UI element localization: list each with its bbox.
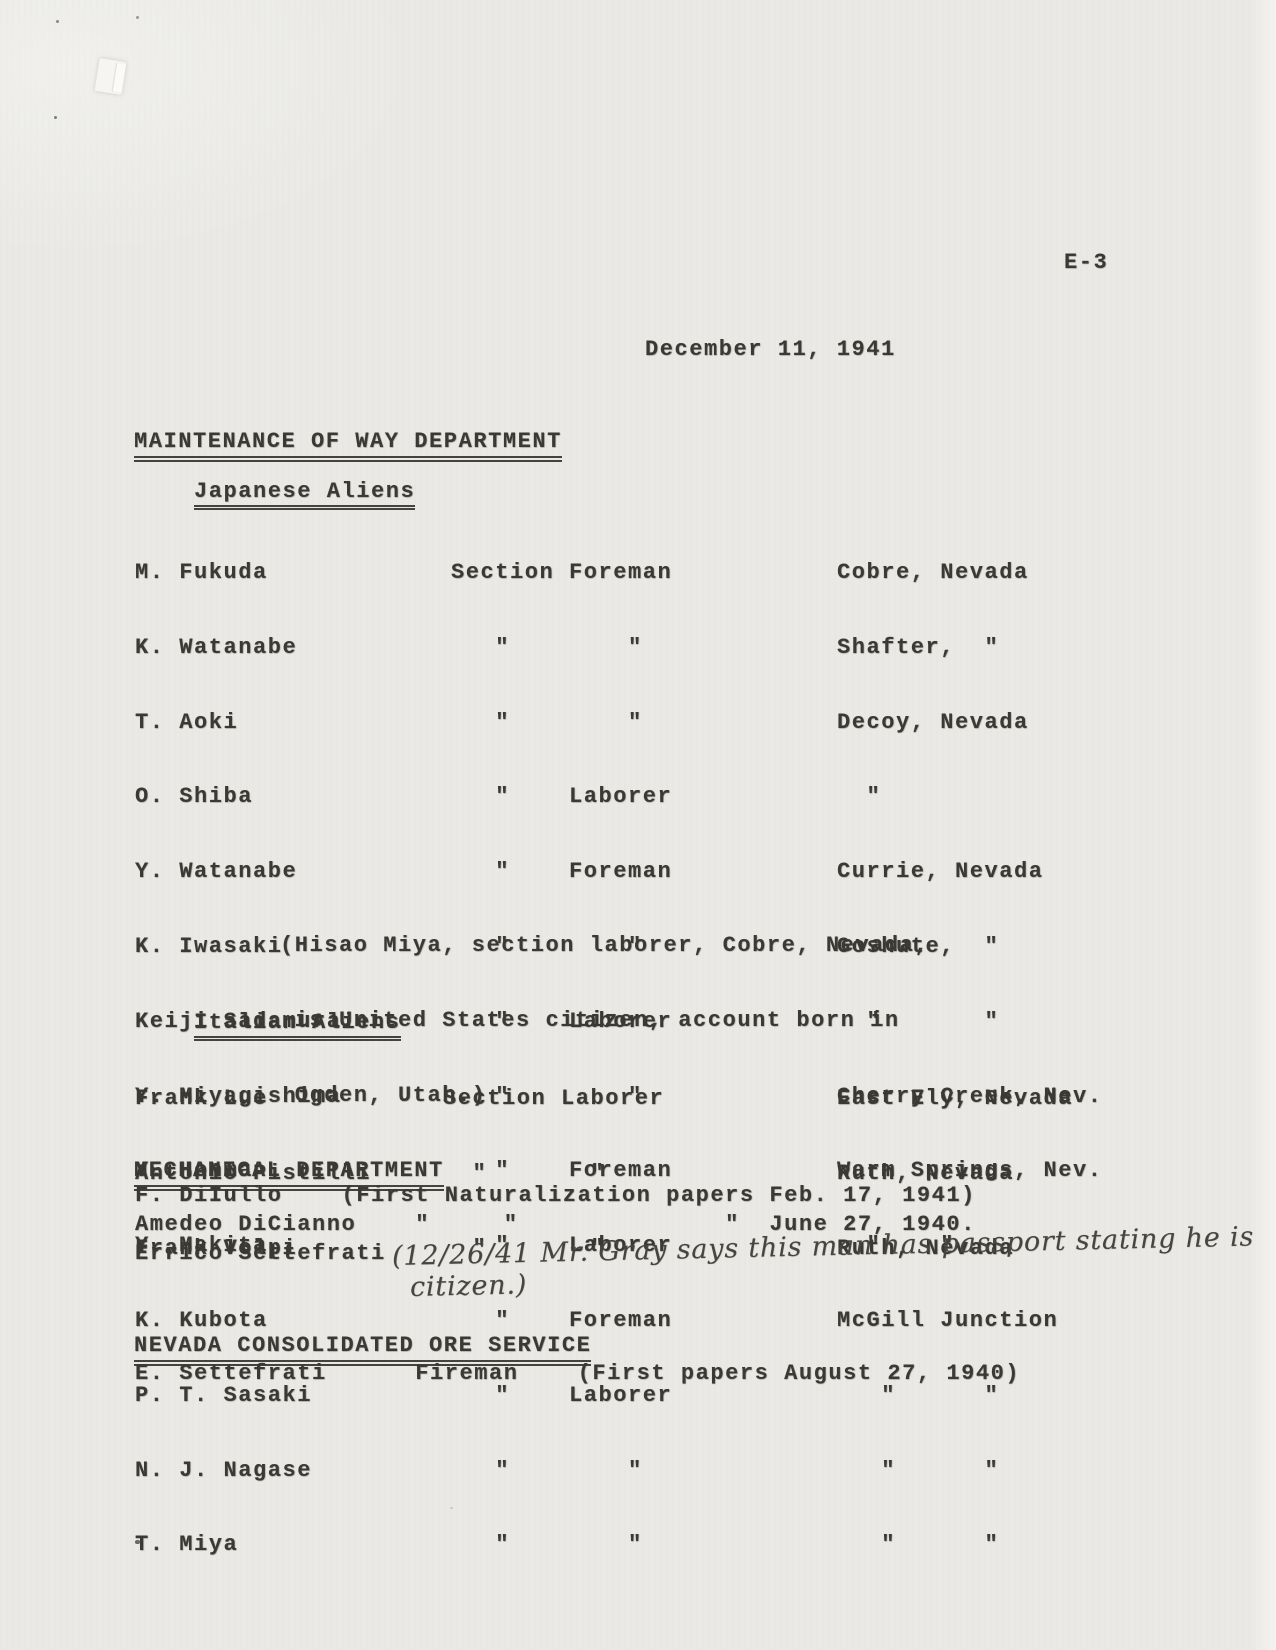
employee-name: T. Aoki [135,711,238,736]
employee-name: N. J. Nagase [135,1459,312,1484]
employee-name: K. Watanabe [135,636,297,661]
table-row: Y. Watanabe " Foreman Currie, Nevada [135,860,224,885]
employee-name: O. Shiba [135,785,253,810]
employee-location: Shafter, " [837,636,999,661]
scan-speck [136,16,139,19]
nevada-ore-row: E. Settefrati Fireman (First papers Augu… [135,1361,1020,1386]
employee-name: T. Miya [135,1533,238,1558]
employee-location: " " [837,1533,999,1558]
table-row: K. Iwasaki " " Goshute, " [135,935,224,960]
scan-light-corner [0,0,420,260]
japanese-aliens-heading-text: Japanese Aliens [194,479,415,510]
employee-location: " " [837,1384,999,1409]
employee-occupation: " " [451,636,643,661]
handwritten-annotation-line2: citizen.) [410,1269,528,1303]
scan-speck [54,116,57,119]
employee-occupation: " " [451,1459,643,1484]
table-row: T. Miya " " " " [135,1533,224,1558]
employee-location: " " [837,1459,999,1484]
mechanical-row: Errico Settefrati [135,1241,386,1266]
document-date: December 11, 1941 [645,337,896,362]
employee-name: K. Iwasaki [135,935,283,960]
table-row: N. J. Nagase " " " " [135,1459,224,1484]
employee-occupation: Section Foreman [451,561,672,586]
employee-location: McGill Junction [837,1309,1058,1334]
citizen-note-line: (Hisao Miya, section laborer, Cobre, Nev… [280,933,929,958]
employee-name: Y. Watanabe [135,860,297,885]
employee-occupation: " " [451,1533,643,1558]
mechanical-row: F. DiIullo (First Naturalization papers … [135,1183,976,1208]
paper-chip-artifact [95,58,127,95]
table-row: M. Fukuda Section Foreman Cobre, Nevada [135,561,224,586]
table-row: Frank Lue Section Laborer East Ely, Neva… [135,1087,224,1112]
table-row: K. Watanabe " " Shafter, " [135,636,224,661]
employee-location: Currie, Nevada [837,860,1044,885]
employee-name: M. Fukuda [135,561,268,586]
employee-name: Frank Lue [135,1087,268,1112]
employee-occupation: " Laborer [451,785,672,810]
employee-occupation: Section Laborer [443,1087,664,1112]
table-row: O. Shiba " Laborer " [135,785,224,810]
document-page: E-3 December 11, 1941 MAINTENANCE OF WAY… [0,0,1276,1650]
employee-occupation: " " [451,711,643,736]
employee-occupation: " Foreman [451,860,672,885]
page-tag: E-3 [1064,250,1108,275]
employee-location: East Ely, Nevada [837,1087,1073,1112]
italian-aliens-heading-text: Italian Aliens [194,1010,401,1041]
employee-location: " [837,785,881,810]
employee-location: Cobre, Nevada [837,561,1029,586]
scan-light-edge [1250,0,1276,1650]
employee-location: Decoy, Nevada [837,711,1029,736]
scan-speck [56,20,59,23]
table-row: T. Aoki " " Decoy, Nevada [135,711,224,736]
scan-speck [450,1507,453,1509]
